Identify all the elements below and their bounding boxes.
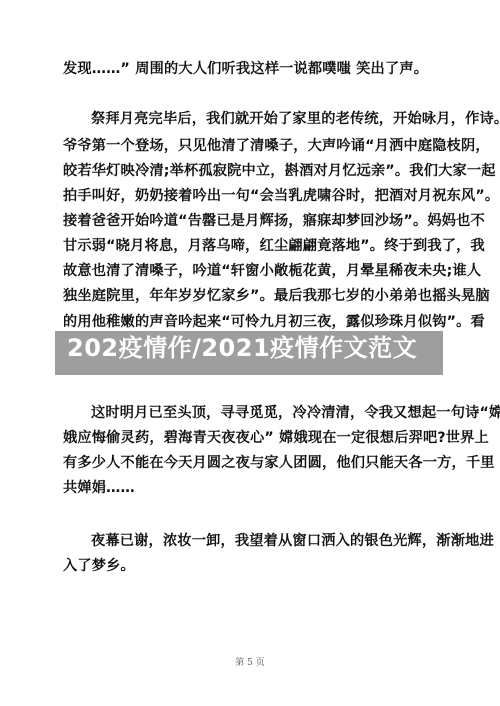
document-page: 发现……” 周围的大人们听我这样一说都噗嗤 笑出了声。 祭拜月亮完毕后，我们就开… [0, 0, 500, 706]
text-line: 共婵娟…… [63, 478, 443, 498]
text-line: 娥应悔偷灵药，碧海青天夜夜心” 嫦娥现在一定很想后羿吧?世界上 [63, 428, 443, 448]
text-line: 皎若华灯映冷清;举杯孤寂院中立，斟酒对月忆远亲”。我们大家一起 [63, 161, 443, 181]
text-line: 甘示弱“晓月将息，月落乌啼，红尘翩翩竟落地”。终于到我了，我 [63, 236, 443, 256]
text-line: 接着爸爸开始吟道“告罄已是月辉扬，寤寐却梦回沙场”。妈妈也不 [63, 211, 443, 231]
paragraph-first-line: 夜幕已谢，浓妆一卸，我望着从窗口洒入的银色光辉，渐渐地进 [91, 531, 471, 551]
page-number: 第 5 页 [0, 655, 500, 668]
paragraph-first-line: 这时明月已至头顶，寻寻觅觅，冷冷清清，令我又想起一句诗“嫦 [91, 403, 471, 423]
text-line: 独坐庭院里，年年岁岁忆家乡”。最后我那七岁的小弟弟也摇头晃脑 [63, 286, 443, 306]
text-line: 的用他稚嫩的声音吟起来“可怜九月初三夜，露似珍珠月似钩”。看 [63, 312, 443, 332]
text-line: 有多少人不能在今天月圆之夜与家人团圆，他们只能天各一方，千里 [63, 453, 443, 473]
text-line: 发现……” 周围的大人们听我这样一说都噗嗤 笑出了声。 [63, 59, 443, 79]
text-line: 故意也清了清嗓子，吟道“轩窗小敞栀花黄，月晕星稀夜未央;谁人 [63, 261, 443, 281]
text-line: 拍手叫好，奶奶接着吟出一句“会当乳虎啸谷时，把酒对月祝东风”。 [63, 186, 443, 206]
banner-title: 202疫情作/2021疫情作文范文 [67, 333, 417, 363]
paragraph-first-line: 祭拜月亮完毕后，我们就开始了家里的老传统，开始咏月，作诗。 [91, 109, 471, 129]
text-line: 入了梦乡。 [63, 556, 443, 576]
text-line: 爷爷第一个登场，只见他清了清嗓子，大声吟诵“月洒中庭隐枝阴， [63, 136, 443, 156]
